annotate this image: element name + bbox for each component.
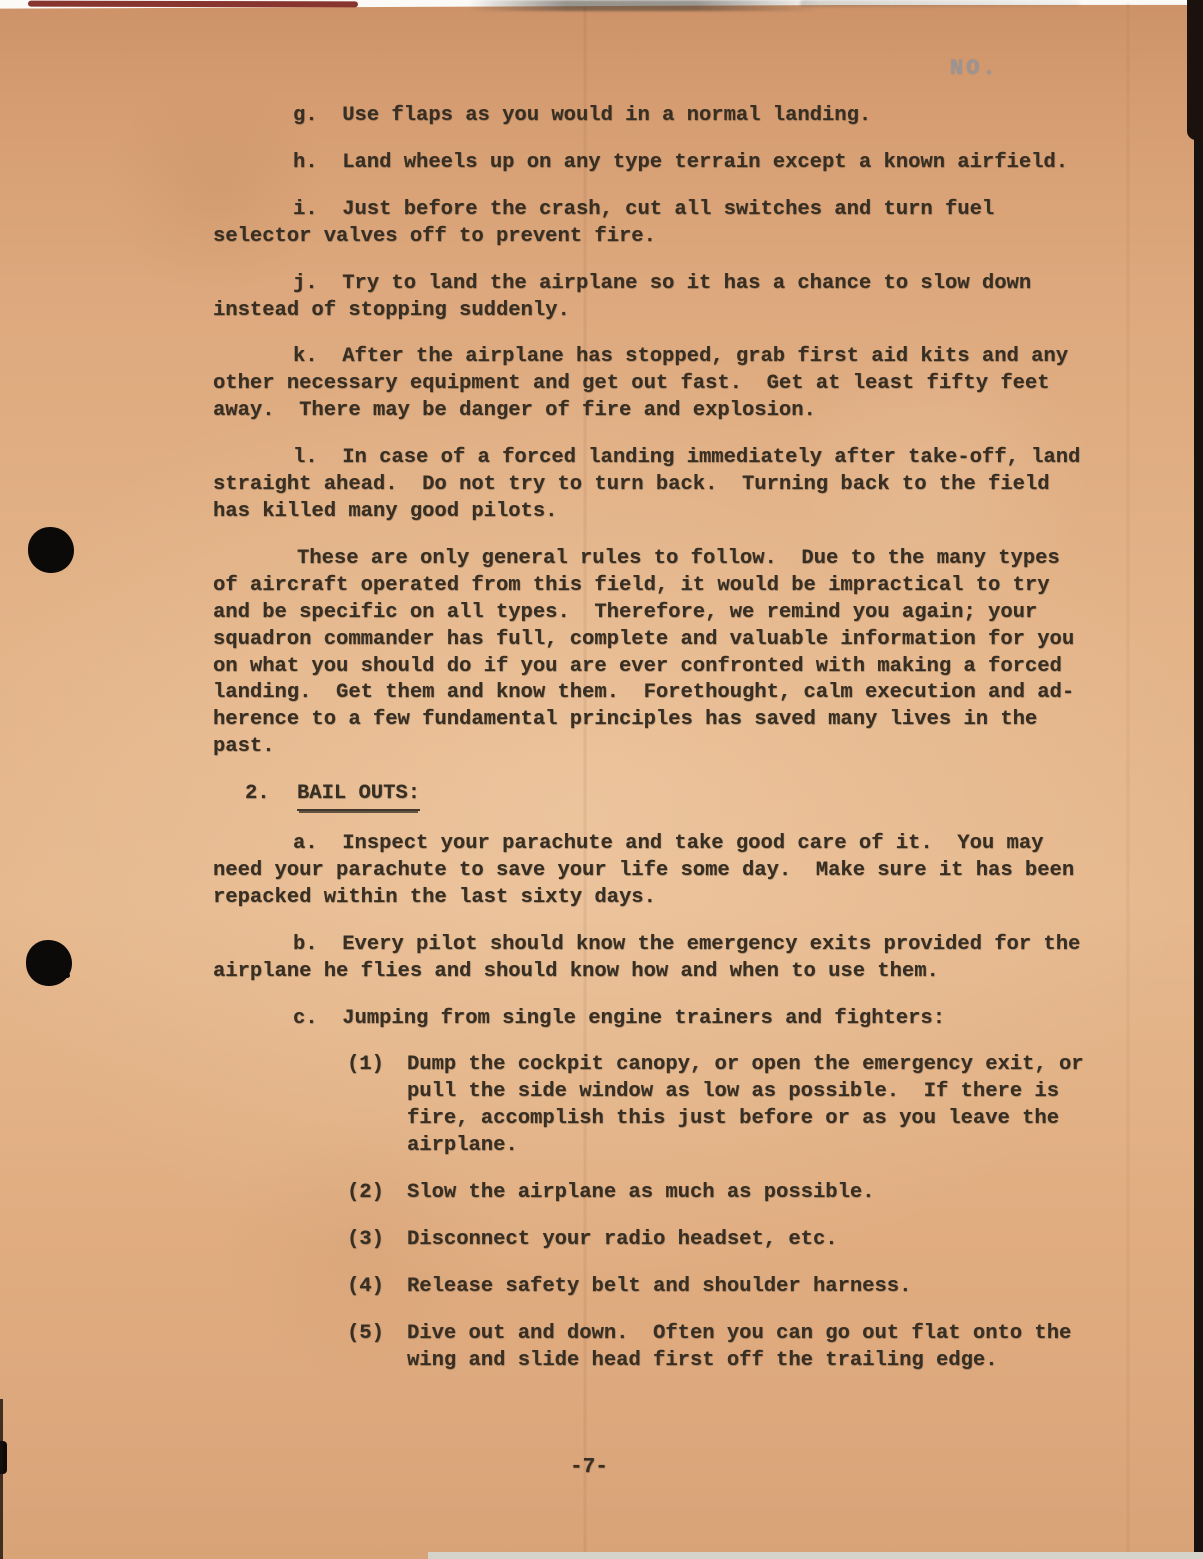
text-line: Dive out and down. Often you can go out …: [407, 1321, 1163, 1348]
text-line: Release safety belt and shoulder harness…: [407, 1274, 1163, 1301]
text-line: instead of stopping suddenly.: [213, 298, 1163, 325]
text-line: airplane.: [407, 1133, 1163, 1160]
text-line: j. Try to land the airplane so it has a …: [213, 271, 1163, 298]
section-heading: 2.BAIL OUTS:: [213, 781, 1163, 811]
top-edge-smudge-right: [800, 0, 1080, 7]
scan-edge-right-top: [1187, 0, 1203, 140]
text-line: h. Land wheels up on any type terrain ex…: [213, 150, 1163, 177]
text-line: Disconnect your radio headset, etc.: [407, 1227, 1163, 1254]
hole-punch-mark: [26, 940, 72, 986]
paragraph: i. Just before the crash, cut all switch…: [213, 197, 1163, 251]
text-line: airplane he flies and should know how an…: [213, 959, 1163, 986]
paragraph: g. Use flaps as you would in a normal la…: [213, 103, 1163, 130]
text-line: b. Every pilot should know the emergency…: [213, 932, 1163, 959]
heading-label: BAIL OUTS:: [297, 781, 420, 811]
text-line: wing and slide head first off the traili…: [407, 1348, 1163, 1375]
text-line: has killed many good pilots.: [213, 499, 1163, 526]
heading-number: 2.: [245, 781, 297, 808]
paragraph: c. Jumping from single engine trainers a…: [213, 1006, 1163, 1033]
item-number: (5): [347, 1321, 384, 1348]
text-line: Dump the cockpit canopy, or open the eme…: [407, 1052, 1163, 1079]
page-ref-stamp: NO.: [950, 56, 999, 81]
numbered-item: (5)Dive out and down. Often you can go o…: [347, 1321, 1163, 1375]
scan-edge-right: [1194, 0, 1203, 1559]
item-number: (4): [347, 1274, 384, 1301]
text-line: repacked within the last sixty days.: [213, 885, 1163, 912]
numbered-item: (1)Dump the cockpit canopy, or open the …: [347, 1052, 1163, 1160]
paragraph: These are only general rules to follow. …: [213, 546, 1163, 761]
scan-edge-left: [0, 1399, 3, 1559]
numbered-item: (2)Slow the airplane as much as possible…: [347, 1180, 1163, 1207]
item-number: (3): [347, 1227, 384, 1254]
text-line: and be specific on all types. Therefore,…: [213, 600, 1163, 627]
paragraph: a. Inspect your parachute and take good …: [213, 831, 1163, 912]
item-number: (2): [347, 1180, 384, 1207]
numbered-item: (3)Disconnect your radio headset, etc.: [347, 1227, 1163, 1254]
text-line: fire, accomplish this just before or as …: [407, 1106, 1163, 1133]
text-line: selector valves off to prevent fire.: [213, 224, 1163, 251]
paragraph: b. Every pilot should know the emergency…: [213, 932, 1163, 986]
text-line: of aircraft operated from this field, it…: [213, 573, 1163, 600]
top-edge-smudge: [468, 0, 818, 11]
scan-edge-bottom: [428, 1552, 1203, 1559]
text-line: squadron commander has full, complete an…: [213, 627, 1163, 654]
hole-punch-mark: [28, 527, 74, 573]
text-line: landing. Get them and know them. Foretho…: [213, 680, 1163, 707]
page-number: -7-: [570, 1456, 608, 1479]
text-line: k. After the airplane has stopped, grab …: [213, 344, 1163, 371]
item-number: (1): [347, 1052, 384, 1079]
text-line: on what you should do if you are ever co…: [213, 654, 1163, 681]
text-line: past.: [213, 734, 1163, 761]
text-line: a. Inspect your parachute and take good …: [213, 831, 1163, 858]
scanned-document-page: NO. g. Use flaps as you would in a norma…: [0, 0, 1203, 1559]
text-line: c. Jumping from single engine trainers a…: [213, 1006, 1163, 1033]
numbered-item: (4)Release safety belt and shoulder harn…: [347, 1274, 1163, 1301]
text-line: herence to a few fundamental principles …: [213, 707, 1163, 734]
text-line: away. There may be danger of fire and ex…: [213, 398, 1163, 425]
heading-line: 2.BAIL OUTS:: [213, 781, 1163, 811]
paragraph: h. Land wheels up on any type terrain ex…: [213, 150, 1163, 177]
text-line: Slow the airplane as much as possible.: [407, 1180, 1163, 1207]
top-edge-maroon-mark: [28, 1, 358, 8]
paragraph: k. After the airplane has stopped, grab …: [213, 344, 1163, 425]
text-line: i. Just before the crash, cut all switch…: [213, 197, 1163, 224]
text-line: l. In case of a forced landing immediate…: [213, 445, 1163, 472]
text-line: These are only general rules to follow. …: [213, 546, 1163, 573]
text-line: g. Use flaps as you would in a normal la…: [213, 103, 1163, 130]
document-content: g. Use flaps as you would in a normal la…: [213, 103, 1163, 1375]
text-line: other necessary equipment and get out fa…: [213, 371, 1163, 398]
text-line: need your parachute to save your life so…: [213, 858, 1163, 885]
paragraph: l. In case of a forced landing immediate…: [213, 445, 1163, 526]
paragraph: j. Try to land the airplane so it has a …: [213, 271, 1163, 325]
text-line: straight ahead. Do not try to turn back.…: [213, 472, 1163, 499]
text-line: pull the side window as low as possible.…: [407, 1079, 1163, 1106]
